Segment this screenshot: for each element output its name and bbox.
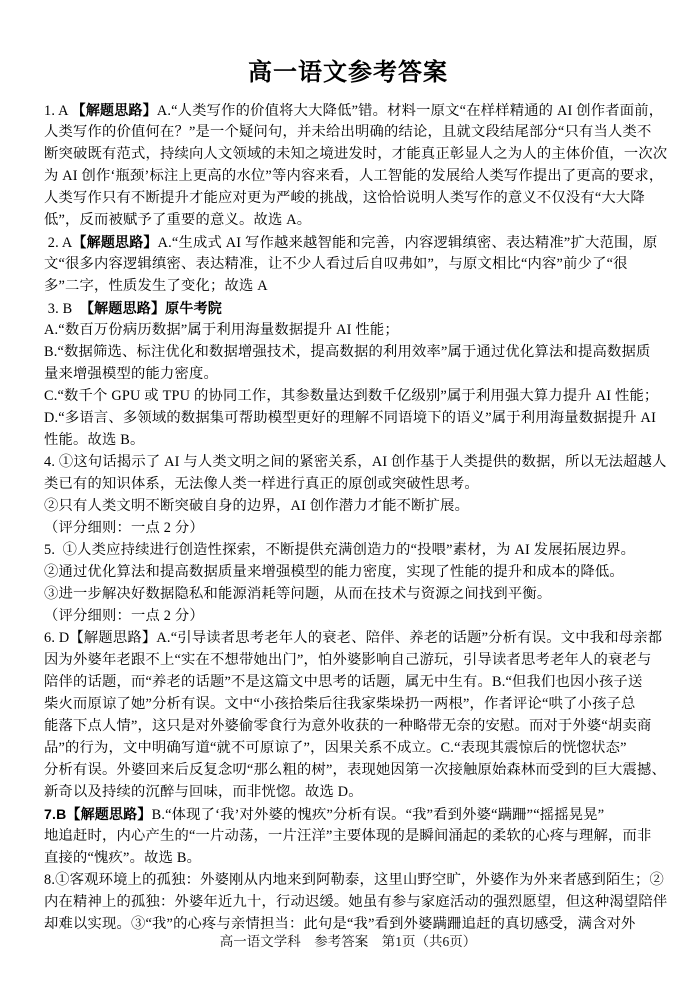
text-line: 低”，反而被赋予了重要的意义。故选 A。 <box>44 209 656 231</box>
text-run: 类已有的知识体系，无法像人类一样进行真正的原创或突破性思考。 <box>44 476 479 492</box>
text-run: 6. D【解题思路】A.“引导读者思考老年人的衰老、陪伴、养老的话题”分析有误。… <box>44 630 662 646</box>
text-line: 类已有的知识体系，无法像人类一样进行真正的原创或突破性思考。 <box>44 473 656 495</box>
text-line: 为 AI 创作‘瓶颈’标注上更高的水位”等内容来看，人工智能的发展给人类写作提出… <box>44 165 656 187</box>
document-body: 1. A 【解题思路】A.“人类写作的价值将大大降低”错。材料一原文“在样样精通… <box>44 99 656 935</box>
text-run: 3. B <box>44 301 80 317</box>
text-run: 地追赶时，内心产生的“一片动荡，一片汪洋”主要体现的是瞬间涌起的柔软的心疼与理解… <box>44 828 651 844</box>
text-line: D.“多语言、多领域的数据集可帮助模型更好的理解不同语境下的语义”属于利用海量数… <box>44 407 656 429</box>
text-line: （评分细则：一点 2 分） <box>44 517 656 539</box>
text-run: 低”，反而被赋予了重要的意义。故选 A。 <box>44 212 311 228</box>
text-run: ②通过优化算法和提高数据质量来增强模型的能力密度，实现了性能的提升和成本的降低。 <box>44 564 624 580</box>
text-run: A.“生成式 AI 写作越来越智能和完善，内容逻辑缜密、表达精准”扩大范围，原 <box>158 235 658 251</box>
answer-key-page: 高一语文参考答案 1. A 【解题思路】A.“人类写作的价值将大大降低”错。材料… <box>0 0 696 983</box>
text-line: ②通过优化算法和提高数据质量来增强模型的能力密度，实现了性能的提升和成本的降低。 <box>44 561 656 583</box>
page-title: 高一语文参考答案 <box>0 58 696 88</box>
text-line: 新奇以及持续的沉醉与回味，而非恍惚。故选 D。 <box>44 781 656 803</box>
text-run: 4. ①这句话揭示了 AI 与人类文明之间的紧密关系，AI 创作基于人类提供的数… <box>44 454 667 470</box>
text-run: 5. ①人类应持续进行创造性探索，不断提供充满创造力的“投喂”素材，为 AI 发… <box>44 542 635 558</box>
text-run: （评分细则：一点 2 分） <box>44 608 204 624</box>
text-run: 却难以实现。③“我”的心疼与亲情担当：此句是“我”看到外婆蹒跚追赶的真切感受，满… <box>44 916 636 932</box>
text-line: 文“很多内容逻辑缜密、表达精准，让不少人看过后自叹弗如”，与原文相比“内容”前少… <box>44 253 656 275</box>
text-run: C.“数千个 GPU 或 TPU 的协同工作，其参数量达到数千亿级别”属于利用强… <box>44 388 658 404</box>
text-run: ②只有人类文明不断突破自身的边界，AI 创作潜力才能不断扩展。 <box>44 498 469 514</box>
text-line: 多”二字，性质发生了变化；故选 A <box>44 275 656 297</box>
text-line: 陪伴的话题，而“养老的话题”不是这篇文中思考的话题，属无中生有。B.“但我们也因… <box>44 671 656 693</box>
text-run: 品”的行为，文中明确写道“就不可原谅了”，因果关系不成立。C.“表现其震惊后的恍… <box>44 740 627 756</box>
text-line: B.“数据筛选、标注优化和数据增强技术，提高数据的利用效率”属于通过优化算法和提… <box>44 341 656 363</box>
text-line: 因为外婆年老跟不上“实在不想带她出门”，怕外婆影响自己游玩，引导读者思考老年人的… <box>44 649 656 671</box>
text-line: 断突破既有范式，持续向人文领域的未知之境进发时，才能真正彰显人之为人的主体价值，… <box>44 143 656 165</box>
text-run: 多”二字，性质发生了变化；故选 A <box>44 278 268 294</box>
text-line: 2. A【解题思路】A.“生成式 AI 写作越来越智能和完善，内容逻辑缜密、表达… <box>44 231 656 253</box>
text-line: ③进一步解决好数据隐私和能源消耗等问题，从而在技术与资源之间找到平衡。 <box>44 583 656 605</box>
text-line: C.“数千个 GPU 或 TPU 的协同工作，其参数量达到数千亿级别”属于利用强… <box>44 385 656 407</box>
text-line: 人类写作只有不断提升才能应对更为严峻的挑战，这恰恰说明人类写作的意义不仅没有“大… <box>44 187 656 209</box>
text-line: 能落下点人情”，这只是对外婆偷零食行为意外收获的一种略带无奈的安慰。而对于外婆“… <box>44 715 656 737</box>
text-line: A.“数百万份病历数据”属于利用海量数据提升 AI 性能； <box>44 319 656 341</box>
bold-text-run: 【解题思路】 <box>72 102 157 118</box>
text-line: 量来增强模型的能力密度。 <box>44 363 656 385</box>
text-line: 8.①客观环境上的孤独：外婆刚从内地来到阿勒泰，这里山野空旷，外婆作为外来者感到… <box>44 869 656 891</box>
bold-text-run: 【解题思路】原牛考院 <box>80 300 222 316</box>
text-line: 人类写作的价值何在？”是一个疑问句，并未给出明确的结论，且就文段结尾部分“只有当… <box>44 121 656 143</box>
text-run: 断突破既有范式，持续向人文领域的未知之境进发时，才能真正彰显人之为人的主体价值，… <box>44 146 667 162</box>
text-line: 地追赶时，内心产生的“一片动荡，一片汪洋”主要体现的是瞬间涌起的柔软的心疼与理解… <box>44 825 656 847</box>
text-run: D.“多语言、多领域的数据集可帮助模型更好的理解不同语境下的语义”属于利用海量数… <box>44 410 656 426</box>
text-run: 新奇以及持续的沉醉与回味，而非恍惚。故选 D。 <box>44 784 363 800</box>
text-run: 1. A <box>44 103 72 119</box>
text-run: 为 AI 创作‘瓶颈’标注上更高的水位”等内容来看，人工智能的发展给人类写作提出… <box>44 168 663 184</box>
text-run: A.“数百万份病历数据”属于利用海量数据提升 AI 性能； <box>44 322 399 338</box>
text-run: 能落下点人情”，这只是对外婆偷零食行为意外收获的一种略带无奈的安慰。而对于外婆“… <box>44 718 651 734</box>
text-run: 量来增强模型的能力密度。 <box>44 366 218 382</box>
text-line: 7.B【解题思路】B.“体现了‘我’对外婆的愧疚”分析有误。“我”看到外婆“蹒跚… <box>44 803 656 825</box>
text-run: B.“体现了‘我’对外婆的愧疚”分析有误。“我”看到外婆“蹒跚”“摇摇晃晃” <box>152 807 605 823</box>
text-run: 人类写作的价值何在？”是一个疑问句，并未给出明确的结论，且就文段结尾部分“只有当… <box>44 124 651 140</box>
text-run: （评分细则：一点 2 分） <box>44 520 204 536</box>
text-run: 8.①客观环境上的孤独：外婆刚从内地来到阿勒泰，这里山野空旷，外婆作为外来者感到… <box>44 872 664 888</box>
text-line: 3. B 【解题思路】原牛考院 <box>44 297 656 319</box>
text-line: 柴火而原谅了她”分析有误。文中“小孩拾柴后往我家柴垛扔一两根”，作者评论“哄了小… <box>44 693 656 715</box>
text-run: B.“数据筛选、标注优化和数据增强技术，提高数据的利用效率”属于通过优化算法和提… <box>44 344 650 360</box>
text-line: 性能。故选 B。 <box>44 429 656 451</box>
text-run: 分析有误。外婆回来后反复念叨“那么粗的树”，表现她因第一次接触原始森林而受到的巨… <box>44 762 666 778</box>
text-run: 人类写作只有不断提升才能应对更为严峻的挑战，这恰恰说明人类写作的意义不仅没有“大… <box>44 190 645 206</box>
text-line: 分析有误。外婆回来后反复念叨“那么粗的树”，表现她因第一次接触原始森林而受到的巨… <box>44 759 656 781</box>
text-line: 直接的“愧疚”。故选 B。 <box>44 847 656 869</box>
text-line: （评分细则：一点 2 分） <box>44 605 656 627</box>
text-line: 品”的行为，文中明确写道“就不可原谅了”，因果关系不成立。C.“表现其震惊后的恍… <box>44 737 656 759</box>
text-line: 6. D【解题思路】A.“引导读者思考老年人的衰老、陪伴、养老的话题”分析有误。… <box>44 627 656 649</box>
bold-text-run: 7.B【解题思路】 <box>44 806 152 822</box>
text-run: 因为外婆年老跟不上“实在不想带她出门”，怕外婆影响自己游玩，引导读者思考老年人的… <box>44 652 651 668</box>
text-run: 内在精神上的孤独：外婆年近九十，行动迟缓。她虽有参与家庭活动的强烈愿望，但这种渴… <box>44 894 667 910</box>
page-footer: 高一语文学科 参考答案 第1页（共6页） <box>0 932 696 952</box>
text-run: A.“人类写作的价值将大大降低”错。材料一原文“在样样精通的 AI 创作者面前， <box>157 103 663 119</box>
text-run: 直接的“愧疚”。故选 B。 <box>44 850 201 866</box>
text-line: 5. ①人类应持续进行创造性探索，不断提供充满创造力的“投喂”素材，为 AI 发… <box>44 539 656 561</box>
text-line: 内在精神上的孤独：外婆年近九十，行动迟缓。她虽有参与家庭活动的强烈愿望，但这种渴… <box>44 891 656 913</box>
bold-text-run: 【解题思路】 <box>72 234 157 250</box>
text-line: ②只有人类文明不断突破自身的边界，AI 创作潜力才能不断扩展。 <box>44 495 656 517</box>
text-line: 1. A 【解题思路】A.“人类写作的价值将大大降低”错。材料一原文“在样样精通… <box>44 99 656 121</box>
text-run: 柴火而原谅了她”分析有误。文中“小孩拾柴后往我家柴垛扔一两根”，作者评论“哄了小… <box>44 696 636 712</box>
text-run: 文“很多内容逻辑缜密、表达精准，让不少人看过后自叹弗如”，与原文相比“内容”前少… <box>44 256 628 272</box>
text-run: 2. A <box>44 235 72 251</box>
text-run: 陪伴的话题，而“养老的话题”不是这篇文中思考的话题，属无中生有。B.“但我们也因… <box>44 674 643 690</box>
text-line: 4. ①这句话揭示了 AI 与人类文明之间的紧密关系，AI 创作基于人类提供的数… <box>44 451 656 473</box>
text-run: 性能。故选 B。 <box>44 432 145 448</box>
text-run: ③进一步解决好数据隐私和能源消耗等问题，从而在技术与资源之间找到平衡。 <box>44 586 551 602</box>
